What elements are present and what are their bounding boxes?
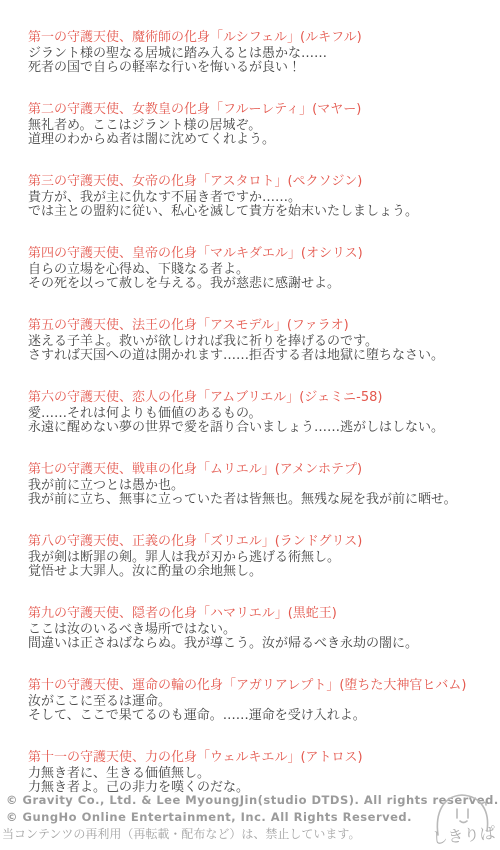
entry-line: 間違いは正さねばならぬ。我が導こう。汝が帰るべき永劫の闇に。 (28, 637, 500, 651)
entry-line: では主との盟約に従い、私心を滅して貴方を始末いたしましょう。 (28, 205, 500, 219)
guardian-angel-entry: 第七の守護天使、戦車の化身「ムリエル」(アメンホテプ) 我が前に立つとは愚か也。… (28, 463, 500, 507)
entry-heading: 第十一の守護天使、力の化身「ウェルキエル」(アトロス) (28, 751, 500, 765)
guardian-angel-entry: 第九の守護天使、隠者の化身「ハマリエル」(黒蛇王) ここは汝のいるべき場所ではな… (28, 607, 500, 651)
entry-heading: 第三の守護天使、女帝の化身「アスタロト」(ペクソジン) (28, 175, 500, 189)
entry-line: ここは汝のいるべき場所ではない。 (28, 623, 500, 637)
entry-line: 愛……それは何よりも価値のあるもの。 (28, 407, 500, 421)
entry-heading: 第六の守護天使、恋人の化身「アムブリエル」(ジェミニ-58) (28, 391, 500, 405)
entry-heading: 第十の守護天使、運命の輪の化身「アガリアレプト」(堕ちた大神官ヒバム) (28, 679, 500, 693)
logo-text: しきりぱ (431, 823, 496, 848)
entry-line: 無礼者め。ここはジラント様の居城ぞ。 (28, 119, 500, 133)
guardian-angel-entry: 第十の守護天使、運命の輪の化身「アガリアレプト」(堕ちた大神官ヒバム) 汝がここ… (28, 679, 500, 723)
guardian-angel-entry: 第四の守護天使、皇帝の化身「マルキダエル」(オシリス) 自らの立場を心得ぬ、下賤… (28, 247, 500, 291)
entry-line: 我が前に立つとは愚か也。 (28, 479, 500, 493)
entry-heading: 第七の守護天使、戦車の化身「ムリエル」(アメンホテプ) (28, 463, 500, 477)
copyright-gravity: © Gravity Co., Ltd. & Lee MyoungJin(stud… (0, 792, 500, 809)
copyright-gungho: © GungHo Online Entertainment, Inc. All … (0, 809, 500, 826)
guardian-angel-entry: 第五の守護天使、法王の化身「アスモデル」(ファラオ) 迷える子羊よ。救いが欲しけ… (28, 319, 500, 363)
guardian-angel-entry: 第二の守護天使、女教皇の化身「フルーレティ」(マヤー) 無礼者め。ここはジラント… (28, 103, 500, 147)
entry-line: そして、ここで果てるのも運命。……運命を受け入れよ。 (28, 709, 500, 723)
shikiri-site-logo: しきりぱ (431, 787, 497, 849)
entry-line: ジラント様の聖なる居城に踏み入るとは愚かな…… (28, 47, 500, 61)
entry-heading: 第二の守護天使、女教皇の化身「フルーレティ」(マヤー) (28, 103, 500, 117)
dialogue-list: 第一の守護天使、魔術師の化身「ルシフェル」(ルキフル) ジラント様の聖なる居城に… (0, 0, 500, 795)
entry-heading: 第一の守護天使、魔術師の化身「ルシフェル」(ルキフル) (28, 31, 500, 45)
entry-line: 我が剣は断罪の剣。罪人は我が刃から逃げる術無し。 (28, 551, 500, 565)
entry-line: 貴方が、我が主に仇なす不届き者ですか……。 (28, 191, 500, 205)
entry-line: その死を以って赦しを与える。我が慈悲に感謝せよ。 (28, 277, 500, 291)
guardian-angel-entry: 第六の守護天使、恋人の化身「アムブリエル」(ジェミニ-58) 愛……それは何より… (28, 391, 500, 435)
entry-heading: 第八の守護天使、正義の化身「ズリエル」(ランドグリス) (28, 535, 500, 549)
guardian-angel-entry: 第一の守護天使、魔術師の化身「ルシフェル」(ルキフル) ジラント様の聖なる居城に… (28, 31, 500, 75)
guardian-angel-entry: 第八の守護天使、正義の化身「ズリエル」(ランドグリス) 我が剣は断罪の剣。罪人は… (28, 535, 500, 579)
guardian-angel-entry: 第十一の守護天使、力の化身「ウェルキエル」(アトロス) 力無き者に、生きる価値無… (28, 751, 500, 795)
entry-line: 覚悟せよ大罪人。汝に酌量の余地無し。 (28, 565, 500, 579)
entry-line: 道理のわからぬ者は闇に沈めてくれよう。 (28, 133, 500, 147)
entry-line: 我が前に立ち、無事に立っていた者は皆無也。無残な屍を我が前に晒せ。 (28, 493, 500, 507)
hand-drawn-face-icon: しきりぱ (431, 787, 497, 849)
page-footer: © Gravity Co., Ltd. & Lee MyoungJin(stud… (0, 792, 500, 842)
entry-line: さすれば天国への道は開かれます……拒否する者は地獄に堕ちなさい。 (28, 349, 500, 363)
entry-line: 永遠に醒めない夢の世界で愛を語り合いましょう……逃がしはしない。 (28, 421, 500, 435)
guardian-angel-entry: 第三の守護天使、女帝の化身「アスタロト」(ペクソジン) 貴方が、我が主に仇なす不… (28, 175, 500, 219)
reuse-prohibited-notice: 当コンテンツの再利用（再転載・配布など）は、禁止しています。 (0, 826, 500, 842)
entry-line: 迷える子羊よ。救いが欲しければ我に祈りを捧げるのです。 (28, 335, 500, 349)
entry-heading: 第四の守護天使、皇帝の化身「マルキダエル」(オシリス) (28, 247, 500, 261)
entry-line: 死者の国で自らの軽率な行いを悔いるが良い！ (28, 61, 500, 75)
entry-heading: 第九の守護天使、隠者の化身「ハマリエル」(黒蛇王) (28, 607, 500, 621)
entry-line: 汝がここに至るは運命。 (28, 695, 500, 709)
entry-heading: 第五の守護天使、法王の化身「アスモデル」(ファラオ) (28, 319, 500, 333)
entry-line: 力無き者に、生きる価値無し。 (28, 767, 500, 781)
entry-line: 自らの立場を心得ぬ、下賤なる者よ。 (28, 263, 500, 277)
